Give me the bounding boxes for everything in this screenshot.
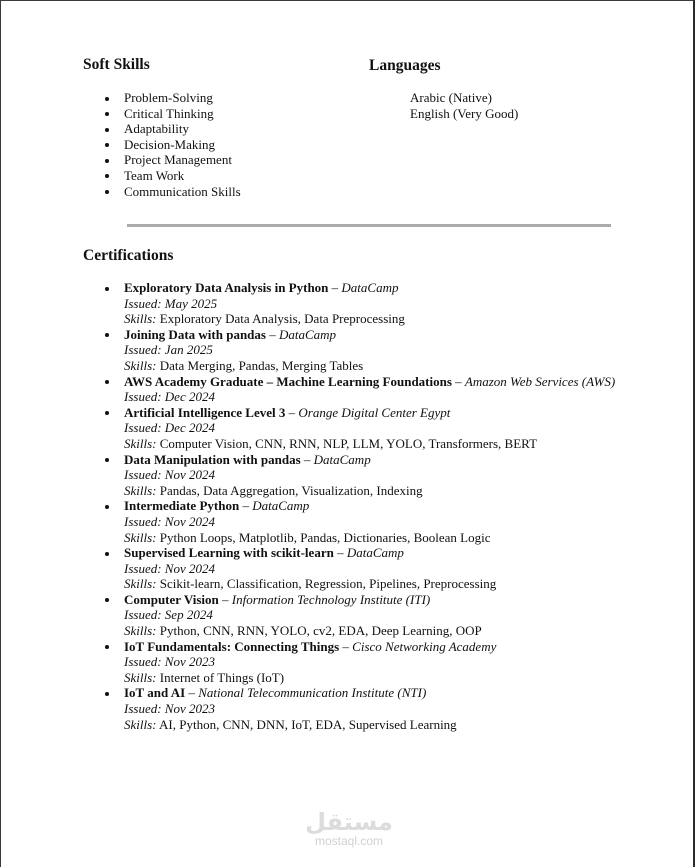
issued-label: Issued: <box>124 467 162 482</box>
certification-title-line: AWS Academy Graduate – Machine Learning … <box>124 374 615 390</box>
certification-name: Intermediate Python <box>124 498 239 513</box>
skills-value: Data Merging, Pandas, Merging Tables <box>160 358 363 373</box>
issued-label: Issued: <box>124 701 162 716</box>
certification-issued-line: Issued: Sep 2024 <box>124 607 615 623</box>
separator-dash: – <box>239 498 252 513</box>
certification-issued-line: Issued: Nov 2024 <box>124 514 615 530</box>
issued-date: Nov 2024 <box>165 514 215 529</box>
issued-label: Issued: <box>124 420 162 435</box>
certification-issued-line: Issued: Nov 2024 <box>124 467 615 483</box>
separator-dash: – <box>328 280 341 295</box>
separator-dash: – <box>266 327 279 342</box>
skills-label: Skills: <box>124 670 157 685</box>
languages-heading: Languages <box>369 57 441 75</box>
issued-date: Dec 2024 <box>165 420 215 435</box>
separator-dash: – <box>301 452 314 467</box>
certification-name: Joining Data with pandas <box>124 327 266 342</box>
separator-dash: – <box>285 405 298 420</box>
skills-label: Skills: <box>124 530 157 545</box>
certification-issuer: DataCamp <box>252 498 309 513</box>
issued-date: Jan 2025 <box>165 342 213 357</box>
certification-name: AWS Academy Graduate – Machine Learning … <box>124 374 452 389</box>
certification-item: Supervised Learning with scikit-learn – … <box>83 545 615 592</box>
soft-skill-item: Team Work <box>83 168 241 184</box>
certification-issued-line: Issued: Jan 2025 <box>124 342 615 358</box>
certification-issuer: DataCamp <box>279 327 336 342</box>
separator-dash: – <box>339 639 352 654</box>
certification-skills-line: Skills: Data Merging, Pandas, Merging Ta… <box>124 358 615 374</box>
certification-item: Intermediate Python – DataCampIssued: No… <box>83 498 615 545</box>
watermark-arabic-text: مستقل <box>301 809 397 835</box>
certification-skills-line: Skills: Exploratory Data Analysis, Data … <box>124 311 615 327</box>
certification-skills-line: Skills: Python, CNN, RNN, YOLO, cv2, EDA… <box>124 623 615 639</box>
soft-skill-item: Adaptability <box>83 121 241 137</box>
certification-title-line: IoT and AI – National Telecommunication … <box>124 685 615 701</box>
certification-issuer: Amazon Web Services (AWS) <box>465 374 615 389</box>
issued-label: Issued: <box>124 389 162 404</box>
certification-name: Computer Vision <box>124 592 219 607</box>
skills-value: Scikit-learn, Classification, Regression… <box>160 576 497 591</box>
soft-skill-item: Critical Thinking <box>83 106 241 122</box>
soft-skills-heading: Soft Skills <box>83 56 150 74</box>
certification-issued-line: Issued: May 2025 <box>124 296 615 312</box>
certification-name: IoT Fundamentals: Connecting Things <box>124 639 339 654</box>
certification-issuer: National Telecommunication Institute (NT… <box>198 685 426 700</box>
issued-date: Sep 2024 <box>165 607 213 622</box>
certification-skills-line: Skills: Scikit-learn, Classification, Re… <box>124 576 615 592</box>
soft-skill-item: Decision-Making <box>83 137 241 153</box>
issued-label: Issued: <box>124 342 162 357</box>
separator-dash: – <box>185 685 198 700</box>
skills-value: Computer Vision, CNN, RNN, NLP, LLM, YOL… <box>160 436 537 451</box>
certification-item: Artificial Intelligence Level 3 – Orange… <box>83 405 615 452</box>
issued-date: Nov 2023 <box>165 701 215 716</box>
separator-dash: – <box>334 545 347 560</box>
certification-issued-line: Issued: Dec 2024 <box>124 389 615 405</box>
certification-title-line: Exploratory Data Analysis in Python – Da… <box>124 280 615 296</box>
skills-label: Skills: <box>124 311 157 326</box>
language-item: Arabic (Native) <box>410 90 518 106</box>
certification-title-line: IoT Fundamentals: Connecting Things – Ci… <box>124 639 615 655</box>
certification-name: Supervised Learning with scikit-learn <box>124 545 334 560</box>
skills-label: Skills: <box>124 483 157 498</box>
certification-name: IoT and AI <box>124 685 185 700</box>
certification-item: IoT and AI – National Telecommunication … <box>83 685 615 732</box>
soft-skill-item: Communication Skills <box>83 184 241 200</box>
mostaql-watermark-logo: مستقل mostaql.com <box>301 809 397 848</box>
certification-title-line: Artificial Intelligence Level 3 – Orange… <box>124 405 615 421</box>
document-page: Soft Skills Problem-SolvingCritical Thin… <box>0 0 695 867</box>
certification-issued-line: Issued: Nov 2024 <box>124 561 615 577</box>
certification-skills-line: Skills: Computer Vision, CNN, RNN, NLP, … <box>124 436 615 452</box>
certification-skills-line: Skills: AI, Python, CNN, DNN, IoT, EDA, … <box>124 717 615 733</box>
certification-title-line: Joining Data with pandas – DataCamp <box>124 327 615 343</box>
certification-item: Data Manipulation with pandas – DataCamp… <box>83 452 615 499</box>
issued-date: Nov 2024 <box>165 561 215 576</box>
certification-skills-line: Skills: Python Loops, Matplotlib, Pandas… <box>124 530 615 546</box>
certification-issued-line: Issued: Dec 2024 <box>124 420 615 436</box>
skills-label: Skills: <box>124 358 157 373</box>
skills-label: Skills: <box>124 436 157 451</box>
certification-name: Data Manipulation with pandas <box>124 452 301 467</box>
skills-value: Exploratory Data Analysis, Data Preproce… <box>160 311 405 326</box>
watermark-latin-text: mostaql.com <box>301 835 397 848</box>
certification-item: Exploratory Data Analysis in Python – Da… <box>83 280 615 327</box>
issued-date: May 2025 <box>165 296 217 311</box>
certification-issuer: DataCamp <box>341 280 398 295</box>
skills-value: Internet of Things (IoT) <box>160 670 284 685</box>
skills-value: AI, Python, CNN, DNN, IoT, EDA, Supervis… <box>159 717 457 732</box>
certification-title-line: Supervised Learning with scikit-learn – … <box>124 545 615 561</box>
issued-label: Issued: <box>124 296 162 311</box>
certification-issuer: Cisco Networking Academy <box>352 639 496 654</box>
soft-skills-list: Problem-SolvingCritical ThinkingAdaptabi… <box>83 90 241 199</box>
certifications-heading: Certifications <box>83 247 173 265</box>
certification-title-line: Computer Vision – Information Technology… <box>124 592 615 608</box>
separator-dash: – <box>452 374 465 389</box>
skills-value: Python, CNN, RNN, YOLO, cv2, EDA, Deep L… <box>160 623 482 638</box>
certification-skills-line: Skills: Pandas, Data Aggregation, Visual… <box>124 483 615 499</box>
certification-item: Computer Vision – Information Technology… <box>83 592 615 639</box>
certification-issuer: DataCamp <box>347 545 404 560</box>
issued-label: Issued: <box>124 561 162 576</box>
issued-date: Nov 2023 <box>165 654 215 669</box>
certification-name: Artificial Intelligence Level 3 <box>124 405 285 420</box>
certification-item: Joining Data with pandas – DataCampIssue… <box>83 327 615 374</box>
separator-dash: – <box>219 592 232 607</box>
soft-skill-item: Problem-Solving <box>83 90 241 106</box>
skills-value: Pandas, Data Aggregation, Visualization,… <box>160 483 423 498</box>
certification-title-line: Data Manipulation with pandas – DataCamp <box>124 452 615 468</box>
certification-issued-line: Issued: Nov 2023 <box>124 654 615 670</box>
section-divider <box>127 224 611 227</box>
soft-skill-item: Project Management <box>83 152 241 168</box>
certification-issuer: Information Technology Institute (ITI) <box>232 592 430 607</box>
skills-label: Skills: <box>124 576 157 591</box>
certifications-list: Exploratory Data Analysis in Python – Da… <box>83 280 615 732</box>
certification-name: Exploratory Data Analysis in Python <box>124 280 328 295</box>
skills-label: Skills: <box>124 717 157 732</box>
issued-label: Issued: <box>124 654 162 669</box>
issued-label: Issued: <box>124 514 162 529</box>
certification-item: IoT Fundamentals: Connecting Things – Ci… <box>83 639 615 686</box>
certification-issuer: Orange Digital Center Egypt <box>298 405 450 420</box>
issued-date: Nov 2024 <box>165 467 215 482</box>
issued-date: Dec 2024 <box>165 389 215 404</box>
skills-value: Python Loops, Matplotlib, Pandas, Dictio… <box>160 530 491 545</box>
certification-title-line: Intermediate Python – DataCamp <box>124 498 615 514</box>
certification-issued-line: Issued: Nov 2023 <box>124 701 615 717</box>
language-item: English (Very Good) <box>410 106 518 122</box>
certification-skills-line: Skills: Internet of Things (IoT) <box>124 670 615 686</box>
skills-label: Skills: <box>124 623 157 638</box>
languages-list: Arabic (Native)English (Very Good) <box>410 90 518 121</box>
certification-issuer: DataCamp <box>314 452 371 467</box>
issued-label: Issued: <box>124 607 162 622</box>
certification-item: AWS Academy Graduate – Machine Learning … <box>83 374 615 405</box>
